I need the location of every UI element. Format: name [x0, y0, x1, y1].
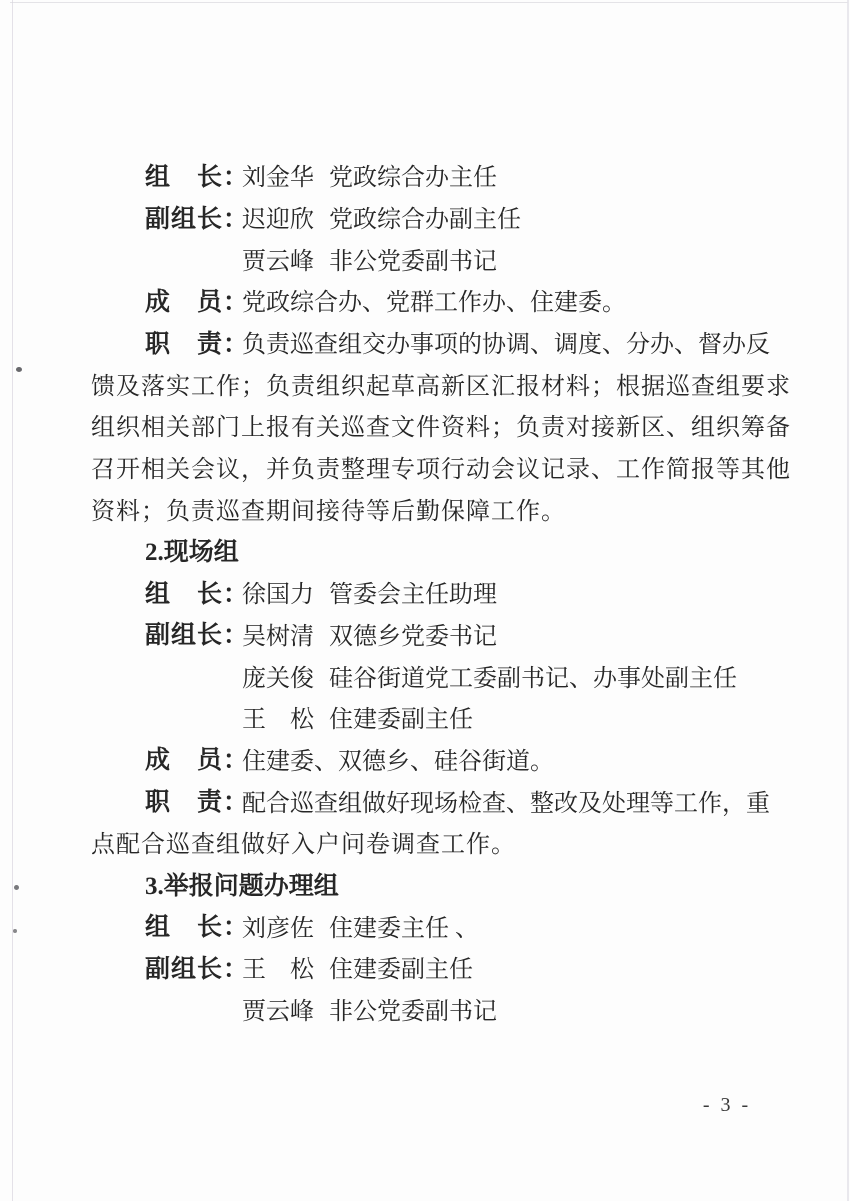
duty-first-line: 职 责： 负责巡查组交办事项的协调、调度、分办、督办反	[91, 321, 763, 363]
role-label: 副组长：	[145, 199, 242, 235]
duty-line: 馈及落实工作；负责组织起草高新区汇报材料；根据巡查组要求	[91, 362, 763, 404]
document-content: 组 长： 刘金华 党政综合办主任 副组长： 迟迎欣 党政综合办副主任 贾云峰 非…	[91, 154, 763, 1029]
person-row: 庞关俊 硅谷街道党工委副书记、办事处副主任	[91, 654, 763, 696]
member-text: 党政综合办、党群工作办、住建委。	[242, 282, 626, 317]
duty-text: 负责巡查组交办事项的协调、调度、分办、督办反	[242, 324, 770, 359]
person-name: 王 松	[242, 949, 329, 984]
person-row: 副组长： 迟迎欣 党政综合办副主任	[91, 196, 763, 238]
person-title: 党政综合办副主任	[329, 199, 521, 234]
member-text: 住建委、双德乡、硅谷街道。	[242, 741, 554, 776]
person-row: 组 长： 徐国力 管委会主任助理	[91, 571, 763, 613]
scan-edge-line-top	[10, 2, 848, 3]
role-label: 成 员：	[145, 740, 242, 776]
role-label: 副组长：	[145, 949, 242, 985]
person-row: 组 长： 刘彦佐 住建委主任 、	[91, 904, 763, 946]
person-title: 住建委主任 、	[329, 908, 479, 943]
page-number: - 3 -	[662, 1094, 792, 1117]
duty-line: 组织相关部门上报有关巡查文件资料；负责对接新区、组织筹备	[91, 404, 763, 446]
duty-line: 资料；负责巡查期间接待等后勤保障工作。	[91, 488, 763, 530]
person-title: 党政综合办主任	[329, 157, 497, 192]
document-page: 组 长： 刘金华 党政综合办主任 副组长： 迟迎欣 党政综合办副主任 贾云峰 非…	[0, 0, 850, 1201]
person-title: 住建委副主任	[329, 699, 473, 734]
person-name: 庞关俊	[242, 658, 329, 693]
scan-edge-line-right	[847, 0, 849, 1201]
scan-speck	[13, 929, 17, 933]
duty-text: 配合巡查组做好现场检查、整改及处理等工作，重	[242, 783, 770, 818]
person-row: 王 松 住建委副主任	[91, 696, 763, 738]
person-row: 副组长： 王 松 住建委副主任	[91, 946, 763, 988]
role-label: 组 长：	[145, 157, 242, 193]
duty-line: 召开相关会议，并负责整理专项行动会议记录、工作简报等其他	[91, 446, 763, 488]
person-name: 贾云峰	[242, 991, 329, 1026]
section-heading: 3.举报问题办理组	[91, 863, 763, 905]
person-name: 徐国力	[242, 574, 329, 609]
person-name: 刘金华	[242, 157, 329, 192]
role-label: 组 长：	[145, 574, 242, 610]
person-name: 王 松	[242, 699, 329, 734]
scan-speck	[14, 885, 19, 890]
person-name: 迟迎欣	[242, 199, 329, 234]
member-row: 成 员： 党政综合办、党群工作办、住建委。	[91, 279, 763, 321]
role-label: 职 责：	[145, 782, 242, 818]
person-row: 贾云峰 非公党委副书记	[91, 237, 763, 279]
person-name: 刘彦佐	[242, 908, 329, 943]
section-heading: 2.现场组	[91, 529, 763, 571]
scan-speck	[16, 367, 22, 372]
person-title: 硅谷街道党工委副书记、办事处副主任	[329, 658, 737, 693]
person-row: 贾云峰 非公党委副书记	[91, 988, 763, 1030]
duty-line: 点配合巡查组做好入户问卷调查工作。	[91, 821, 763, 863]
person-name: 吴树清	[242, 616, 329, 651]
role-label: 副组长：	[145, 615, 242, 651]
scan-edge-line-left	[12, 0, 13, 1201]
duty-first-line: 职 责： 配合巡查组做好现场检查、整改及处理等工作，重	[91, 779, 763, 821]
person-title: 住建委副主任	[329, 949, 473, 984]
person-title: 双德乡党委书记	[329, 616, 497, 651]
person-title: 管委会主任助理	[329, 574, 497, 609]
person-row: 组 长： 刘金华 党政综合办主任	[91, 154, 763, 196]
person-row: 副组长： 吴树清 双德乡党委书记	[91, 613, 763, 655]
person-name: 贾云峰	[242, 241, 329, 276]
role-label: 组 长：	[145, 907, 242, 943]
person-title: 非公党委副书记	[329, 241, 497, 276]
role-label: 成 员：	[145, 282, 242, 318]
member-row: 成 员： 住建委、双德乡、硅谷街道。	[91, 738, 763, 780]
role-label: 职 责：	[145, 324, 242, 360]
person-title: 非公党委副书记	[329, 991, 497, 1026]
